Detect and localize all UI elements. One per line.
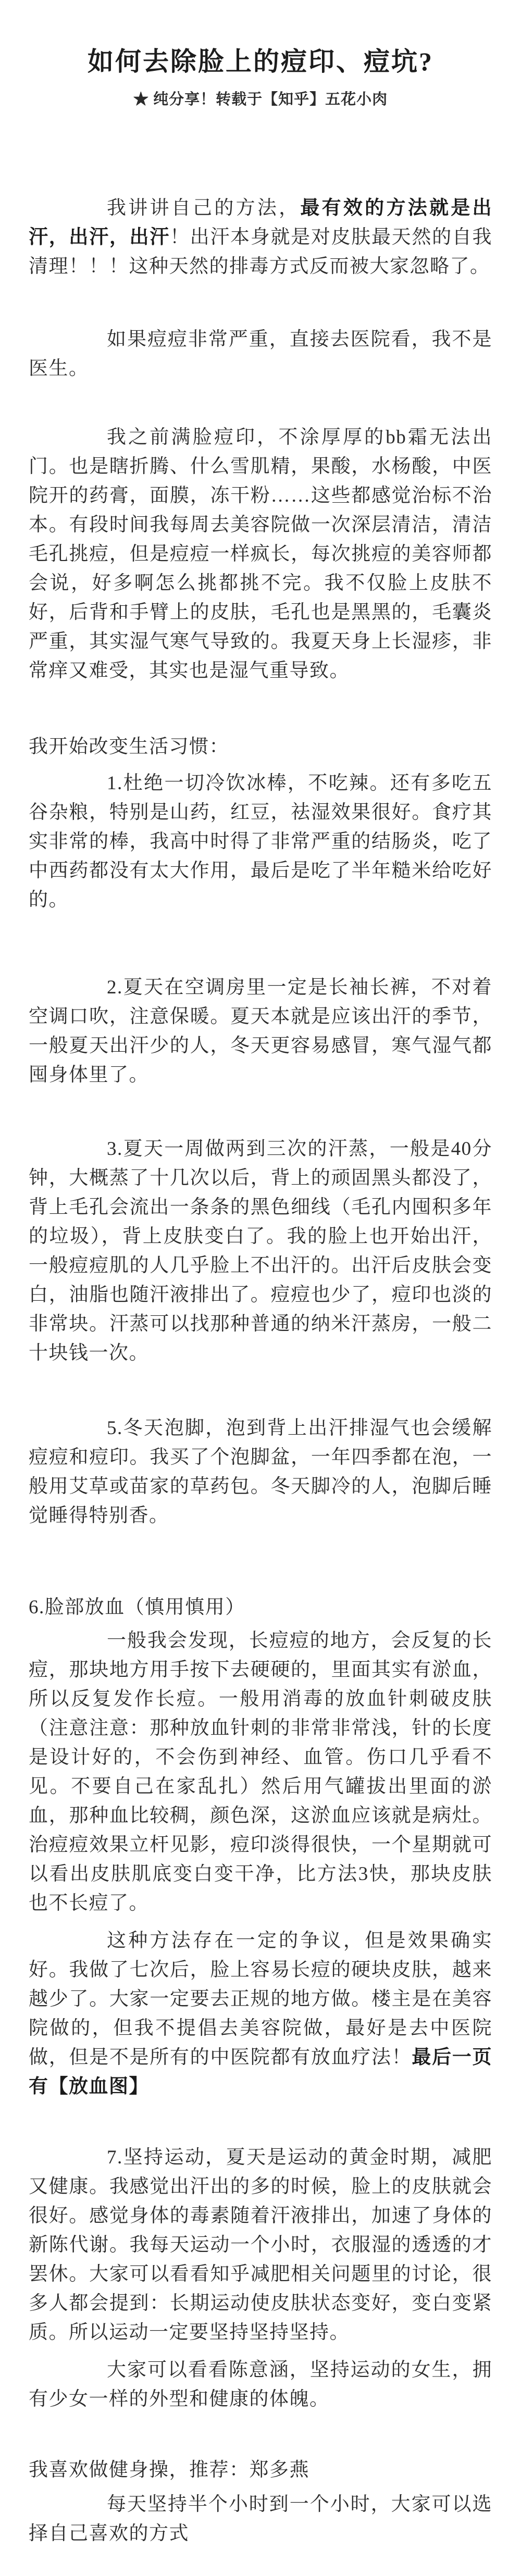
lead-in-habits: 我开始改变生活习惯： xyxy=(29,732,492,762)
paragraph-bloodletting-detail: 一般我会发现，长痘痘的地方，会反复的长痘，那块地方用手按下去硬硬的，里面其实有淤… xyxy=(29,1626,492,1918)
list-item-3-sauna: 3.夏天一周做两到三次的汗蒸，一般是40分钟，大概蒸了十几次以后，背上的顽固黑头… xyxy=(29,1135,492,1368)
paragraph-bloodletting-caution: 这种方法存在一定的争议，但是效果确实好。我做了七次后，脸上容易长痘的硬块皮肤，越… xyxy=(29,1926,492,2101)
list-item-2-aircon: 2.夏天在空调房里一定是长袖长裤，不对着空调口吹，注意保暖。夏天本就是应该出汗的… xyxy=(29,973,492,1090)
article-title: 如何去除脸上的痘印、痘坑? xyxy=(29,0,492,78)
paragraph-exercise-example: 大家可以看看陈意涵，坚持运动的女生，拥有少女一样的外型和健康的体魄。 xyxy=(29,2356,492,2414)
article-subtitle: ★ 纯分享！转载于【知乎】五花小肉 xyxy=(29,90,492,109)
paragraph-history: 我之前满脸痘印，不涂厚厚的bb霜无法出门。也是瞎折腾、什么雪肌精，果酸，水杨酸，… xyxy=(29,423,492,686)
list-item-7-exercise: 7.坚持运动，夏天是运动的黄金时期，减肥又健康。我感觉出汗出的多的时候，脸上的皮… xyxy=(29,2143,492,2347)
article-page: 如何去除脸上的痘印、痘坑? ★ 纯分享！转载于【知乎】五花小肉 我讲讲自己的方法… xyxy=(0,0,521,2576)
text-run: 我讲讲自己的方法， xyxy=(107,197,300,219)
list-item-1-diet: 1.杜绝一切冷饮冰棒，不吃辣。还有多吃五谷杂粮，特别是山药，红豆，祛湿效果很好。… xyxy=(29,769,492,915)
heading-6-bloodletting: 6.脸部放血（慎用慎用） xyxy=(29,1593,492,1622)
list-item-5-footbath: 5.冬天泡脚，泡到背上出汗排湿气也会缓解痘痘和痘印。我买了个泡脚盆，一年四季都在… xyxy=(29,1414,492,1530)
line-aerobics-recommend: 我喜欢做健身操，推荐：郑多燕 xyxy=(29,2456,492,2485)
paragraph-see-doctor: 如果痘痘非常严重，直接去医院看，我不是医生。 xyxy=(29,325,492,383)
paragraph-closing: 每天坚持半个小时到一个小时，大家可以选择自己喜欢的方式 xyxy=(29,2490,492,2548)
paragraph-intro-method: 我讲讲自己的方法，最有效的方法就是出汗，出汗，出汗！出汗本身就是对皮肤最天然的自… xyxy=(29,194,492,281)
